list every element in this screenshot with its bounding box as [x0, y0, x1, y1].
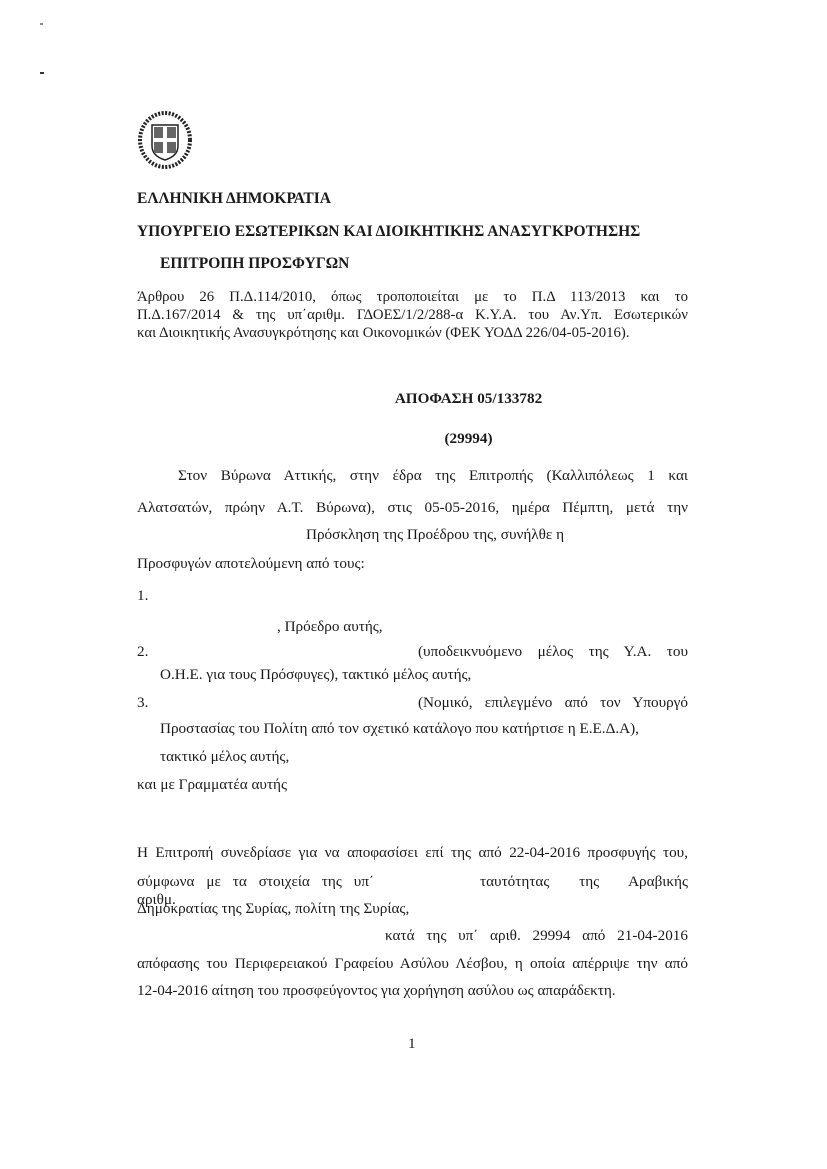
scan-speck — [40, 72, 44, 74]
member-number: 2. — [137, 643, 148, 661]
member-number: 1. — [137, 587, 148, 605]
intro-line: Στον Βύρωνα Αττικής, στην έδρα της Επιτρ… — [178, 467, 688, 485]
member-role: , Πρόεδρο αυτής, — [277, 618, 383, 636]
decision-case-number: (29994) — [0, 430, 827, 448]
member-role: Προστασίας του Πολίτη από τον σχετικό κα… — [160, 720, 639, 738]
ministry-heading: ΥΠΟΥΡΓΕΙΟ ΕΣΩΤΕΡΙΚΩΝ ΚΑΙ ΔΙΟΙΚΗΤΙΚΗΣ ΑΝΑ… — [137, 223, 640, 241]
country-heading: ΕΛΛΗΝΙΚΗ ΔΗΜΟΚΡΑΤΙΑ — [137, 190, 331, 208]
body-line: ταυτότητας της Αραβικής — [480, 873, 688, 891]
scan-speck — [40, 23, 43, 25]
member-role: (υποδεικνυόμενο μέλος της Υ.Α. του — [418, 643, 688, 661]
member-role: (Νομικό, επιλεγμένο από τον Υπουργό — [418, 694, 688, 712]
member-role: Ο.Η.Ε. για τους Πρόσφυγες), τακτικό μέλο… — [160, 666, 471, 684]
body-line: Δημοκρατίας της Συρίας, πολίτη της Συρία… — [137, 900, 409, 918]
greek-coat-of-arms-icon — [137, 110, 193, 170]
legal-basis-line: Άρθρου 26 Π.Δ.114/2010, όπως τροποποιείτ… — [137, 289, 688, 306]
body-line: 12-04-2016 αίτηση του προσφεύγοντος για … — [137, 982, 616, 1000]
page-number: 1 — [408, 1035, 416, 1053]
intro-line: Πρόσκληση της Προέδρου της, συνήλθε η — [306, 526, 564, 544]
member-number: 3. — [137, 694, 148, 712]
intro-line: Προσφυγών αποτελούμενη από τους: — [137, 555, 365, 573]
body-line: απόφασης του Περιφερειακού Γραφείου Ασύλ… — [137, 955, 688, 973]
decision-title: ΑΠΟΦΑΣΗ 05/133782 — [0, 390, 827, 408]
member-role: τακτικό μέλος αυτής, — [160, 748, 289, 766]
body-line: κατά της υπ΄ αριθ. 29994 από 21-04-2016 — [385, 927, 688, 945]
legal-basis-line: και Διοικητικής Ανασυγκρότησης και Οικον… — [137, 325, 630, 342]
committee-heading: ΕΠΙΤΡΟΠΗ ΠΡΟΣΦΥΓΩΝ — [160, 255, 349, 273]
secretary-line: και με Γραμματέα αυτής — [137, 776, 287, 794]
intro-line: Αλατσατών, πρώην Α.Τ. Βύρωνα), στις 05-0… — [137, 499, 688, 517]
body-line: Η Επιτροπή συνεδρίασε για να αποφασίσει … — [137, 844, 688, 862]
legal-basis-line: Π.Δ.167/2014 & της υπ΄αριθμ. ΓΔΟΕΣ/1/2/2… — [137, 307, 688, 324]
